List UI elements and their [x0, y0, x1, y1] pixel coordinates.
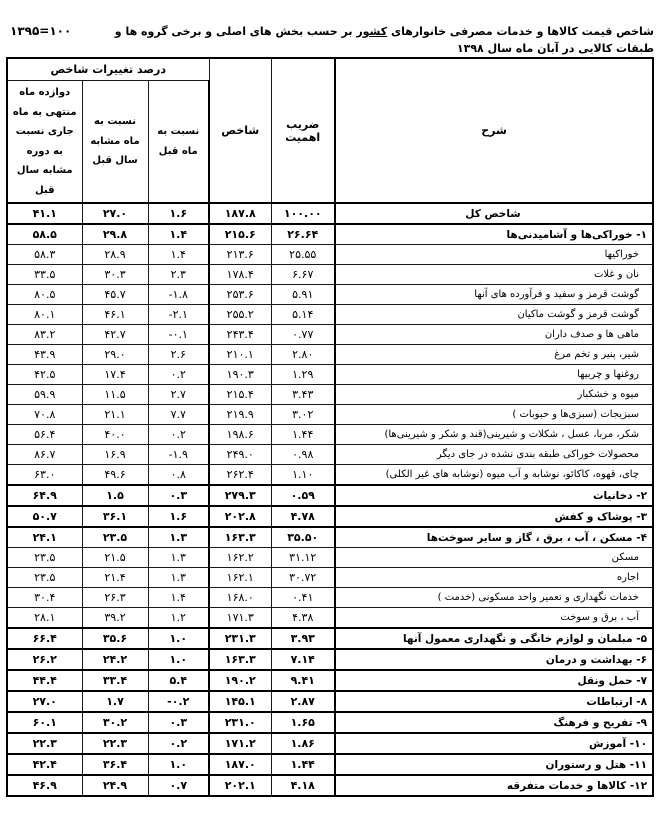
table-row: گوشت قرمز و گوشت ماکیان۵.۱۴۲۵۵.۲-۲.۱۴۶.۱… [7, 305, 653, 325]
row-index-value: ۲۶۲.۴ [209, 465, 271, 486]
row-yoy-value: ۲۸.۹ [82, 245, 148, 265]
row-yoy-value: ۲۴.۹ [82, 775, 148, 796]
row-twelve-value: ۸۰.۱ [7, 305, 82, 325]
row-description: سبزیجات (سبزی‌ها و حبوبات ) [335, 405, 653, 425]
row-weight-value: ۱۰۰.۰۰ [271, 203, 335, 224]
row-weight-value: ۴.۷۸ [271, 506, 335, 527]
row-twelve-value: ۶۴.۹ [7, 485, 82, 506]
row-mom-value: ۰.۳ [148, 712, 209, 733]
table-row: شاخص کل۱۰۰.۰۰۱۸۷.۸۱.۶۲۷.۰۴۱.۱ [7, 203, 653, 224]
row-yoy-value: ۱۶.۹ [82, 445, 148, 465]
row-description: میوه و خشکبار [335, 385, 653, 405]
row-description: ۴- مسکن ، آب ، برق ، گاز و سایر سوخت‌ها [335, 527, 653, 548]
row-yoy-value: ۱.۵ [82, 485, 148, 506]
row-twelve-value: ۵۹.۹ [7, 385, 82, 405]
row-mom-value: ۱.۰ [148, 649, 209, 670]
row-weight-value: ۲.۸۷ [271, 691, 335, 712]
row-mom-value: ۱.۴ [148, 588, 209, 608]
table-row: آب ، برق و سوخت۴.۳۸۱۷۱.۳۱.۲۳۹.۲۲۸.۱ [7, 608, 653, 629]
row-yoy-value: ۴۰.۰ [82, 425, 148, 445]
row-yoy-value: ۱۷.۴ [82, 365, 148, 385]
row-twelve-value: ۴۶.۹ [7, 775, 82, 796]
row-weight-value: ۱.۱۰ [271, 465, 335, 486]
row-mom-value: ۱.۳ [148, 548, 209, 568]
row-twelve-value: ۵۰.۷ [7, 506, 82, 527]
table-row: میوه و خشکبار۳.۴۳۲۱۵.۴۲.۷۱۱.۵۵۹.۹ [7, 385, 653, 405]
row-yoy-value: ۲۷.۰ [82, 203, 148, 224]
column-header-twelve-month: دوازده ماه منتهی به ماه جاری نسبت به دور… [7, 81, 82, 204]
row-mom-value: ۰.۲ [148, 733, 209, 754]
row-mom-value: -۱.۸ [148, 285, 209, 305]
row-weight-value: ۰.۹۸ [271, 445, 335, 465]
row-twelve-value: ۳۰.۴ [7, 588, 82, 608]
row-twelve-value: ۸۳.۲ [7, 325, 82, 345]
row-mom-value: ۲.۳ [148, 265, 209, 285]
row-index-value: ۲۱۹.۹ [209, 405, 271, 425]
row-yoy-value: ۲۳.۵ [82, 527, 148, 548]
row-yoy-value: ۳۵.۶ [82, 628, 148, 649]
row-mom-value: ۲.۶ [148, 345, 209, 365]
table-row: نان و غلات۶.۶۷۱۷۸.۴۲.۳۳۰.۳۳۳.۵ [7, 265, 653, 285]
row-description: ۶- بهداشت و درمان [335, 649, 653, 670]
row-description: ۱- خوراکی‌ها و آشامیدنی‌ها [335, 224, 653, 245]
row-twelve-value: ۸۶.۷ [7, 445, 82, 465]
row-twelve-value: ۶۰.۱ [7, 712, 82, 733]
table-row: ۸- ارتباطات۲.۸۷۱۴۵.۱-۰.۲۱.۷۲۷.۰ [7, 691, 653, 712]
page-title-pre: شاخص قیمت کالاها و خدمات مصرفی خانوارهای [387, 25, 654, 38]
row-yoy-value: ۳۹.۲ [82, 608, 148, 629]
row-index-value: ۱۹۸.۶ [209, 425, 271, 445]
row-index-value: ۲۷۹.۳ [209, 485, 271, 506]
row-mom-value: ۱.۴ [148, 224, 209, 245]
row-mom-value: ۱.۶ [148, 203, 209, 224]
row-mom-value: -۰.۱ [148, 325, 209, 345]
row-weight-value: ۰.۴۱ [271, 588, 335, 608]
row-index-value: ۲۰۲.۱ [209, 775, 271, 796]
row-yoy-value: ۲۲.۳ [82, 733, 148, 754]
row-weight-value: ۹.۴۱ [271, 670, 335, 691]
row-twelve-value: ۵۶.۴ [7, 425, 82, 445]
table-row: ۱۰- آموزش۱.۸۶۱۷۱.۲۰.۲۲۲.۳۲۲.۳ [7, 733, 653, 754]
table-row: ۱۲- کالاها و خدمات متفرقه۴.۱۸۲۰۲.۱۰.۷۲۴.… [7, 775, 653, 796]
row-weight-value: ۱.۸۶ [271, 733, 335, 754]
page-title: شاخص قیمت کالاها و خدمات مصرفی خانوارهای… [79, 24, 654, 57]
row-weight-value: ۳۵.۵۰ [271, 527, 335, 548]
row-index-value: ۱۹۰.۳ [209, 365, 271, 385]
row-yoy-value: ۲۱.۵ [82, 548, 148, 568]
row-weight-value: ۰.۵۹ [271, 485, 335, 506]
row-yoy-value: ۳۶.۴ [82, 754, 148, 775]
row-index-value: ۱۸۷.۸ [209, 203, 271, 224]
row-yoy-value: ۲۱.۴ [82, 568, 148, 588]
table-row: گوشت قرمز و سفید و فرآورده های آنها۵.۹۱۲… [7, 285, 653, 305]
row-description: ماهی ها و صدف داران [335, 325, 653, 345]
row-twelve-value: ۶۶.۴ [7, 628, 82, 649]
row-mom-value: ۱.۲ [148, 608, 209, 629]
row-description: ۳- پوشاک و کفش [335, 506, 653, 527]
row-index-value: ۱۶۳.۳ [209, 527, 271, 548]
table-row: ۱۱- هتل و رستوران۱.۴۴۱۸۷.۰۱.۰۳۶.۴۴۲.۴ [7, 754, 653, 775]
row-index-value: ۲۳۱.۳ [209, 628, 271, 649]
row-twelve-value: ۳۳.۵ [7, 265, 82, 285]
row-twelve-value: ۴۲.۵ [7, 365, 82, 385]
row-weight-value: ۱.۴۴ [271, 754, 335, 775]
row-index-value: ۱۷۱.۲ [209, 733, 271, 754]
row-index-value: ۱۶۳.۳ [209, 649, 271, 670]
column-header-pct-change-group: درصد تغییرات شاخص [7, 58, 209, 81]
row-mom-value: ۷.۷ [148, 405, 209, 425]
cpi-table: شرح ضریب اهمیت شاخص درصد تغییرات شاخص نس… [6, 57, 654, 797]
row-weight-value: ۲۶.۶۴ [271, 224, 335, 245]
column-header-weight: ضریب اهمیت [271, 58, 335, 203]
row-description: ۱۱- هتل و رستوران [335, 754, 653, 775]
row-weight-value: ۶.۶۷ [271, 265, 335, 285]
row-yoy-value: ۳۰.۳ [82, 265, 148, 285]
row-description: محصولات خوراکی طبقه بندی نشده در جای دیگ… [335, 445, 653, 465]
row-index-value: ۱۸۷.۰ [209, 754, 271, 775]
row-mom-value: ۱.۳ [148, 568, 209, 588]
row-description: شاخص کل [335, 203, 653, 224]
base-year-note: ۱۳۹۵=۱۰۰ [8, 24, 71, 38]
row-twelve-value: ۴۴.۴ [7, 670, 82, 691]
row-twelve-value: ۲۸.۱ [7, 608, 82, 629]
row-yoy-value: ۴۶.۱ [82, 305, 148, 325]
row-description: آب ، برق و سوخت [335, 608, 653, 629]
row-mom-value: -۱.۹ [148, 445, 209, 465]
row-yoy-value: ۳۰.۲ [82, 712, 148, 733]
row-mom-value: ۰.۲ [148, 425, 209, 445]
row-weight-value: ۳۰.۷۲ [271, 568, 335, 588]
row-index-value: ۲۱۰.۱ [209, 345, 271, 365]
table-row: ۵- مبلمان و لوازم خانگی و نگهداری معمول … [7, 628, 653, 649]
row-weight-value: ۵.۹۱ [271, 285, 335, 305]
row-weight-value: ۳.۴۳ [271, 385, 335, 405]
table-row: اجاره۳۰.۷۲۱۶۲.۱۱.۳۲۱.۴۲۳.۵ [7, 568, 653, 588]
row-mom-value: -۰.۲ [148, 691, 209, 712]
row-yoy-value: ۲۹.۸ [82, 224, 148, 245]
row-description: خدمات نگهداری و تعمیر واحد مسکونی (خدمت … [335, 588, 653, 608]
table-header: شرح ضریب اهمیت شاخص درصد تغییرات شاخص نس… [7, 58, 653, 203]
table-row: ۳- پوشاک و کفش۴.۷۸۲۰۲.۸۱.۶۳۶.۱۵۰.۷ [7, 506, 653, 527]
row-mom-value: ۰.۷ [148, 775, 209, 796]
row-description: گوشت قرمز و سفید و فرآورده های آنها [335, 285, 653, 305]
row-index-value: ۲۴۹.۰ [209, 445, 271, 465]
row-description: ۵- مبلمان و لوازم خانگی و نگهداری معمول … [335, 628, 653, 649]
row-description: ۱۲- کالاها و خدمات متفرقه [335, 775, 653, 796]
table-row: ۲- دخانیات۰.۵۹۲۷۹.۳۰.۳۱.۵۶۴.۹ [7, 485, 653, 506]
row-index-value: ۱۷۸.۴ [209, 265, 271, 285]
row-index-value: ۱۴۵.۱ [209, 691, 271, 712]
row-twelve-value: ۴۱.۱ [7, 203, 82, 224]
table-row: محصولات خوراکی طبقه بندی نشده در جای دیگ… [7, 445, 653, 465]
column-header-month-over-month: نسبت به ماه قبل [148, 81, 209, 204]
row-index-value: ۲۵۳.۶ [209, 285, 271, 305]
table-row: چای، قهوه، کاکائو، نوشابه و آب میوه (نوش… [7, 465, 653, 486]
row-description: شکر، مربا، عسل ، شکلات و شیرینی(قند و شک… [335, 425, 653, 445]
row-description: نان و غلات [335, 265, 653, 285]
row-description: ۹- تفریح و فرهنگ [335, 712, 653, 733]
row-weight-value: ۴.۳۸ [271, 608, 335, 629]
row-description: اجاره [335, 568, 653, 588]
row-description: ۸- ارتباطات [335, 691, 653, 712]
row-weight-value: ۱.۶۵ [271, 712, 335, 733]
table-row: ۶- بهداشت و درمان۷.۱۴۱۶۳.۳۱.۰۲۴.۲۲۶.۲ [7, 649, 653, 670]
row-weight-value: ۵.۱۴ [271, 305, 335, 325]
row-description: گوشت قرمز و گوشت ماکیان [335, 305, 653, 325]
table-body: شاخص کل۱۰۰.۰۰۱۸۷.۸۱.۶۲۷.۰۴۱.۱۱- خوراکی‌ه… [7, 203, 653, 796]
row-weight-value: ۲۵.۵۵ [271, 245, 335, 265]
row-index-value: ۱۹۰.۲ [209, 670, 271, 691]
table-row: خوراکیها۲۵.۵۵۲۱۳.۶۱.۴۲۸.۹۵۸.۳ [7, 245, 653, 265]
row-yoy-value: ۲۴.۲ [82, 649, 148, 670]
table-row: ۴- مسکن ، آب ، برق ، گاز و سایر سوخت‌ها۳… [7, 527, 653, 548]
row-index-value: ۲۱۳.۶ [209, 245, 271, 265]
row-twelve-value: ۲۷.۰ [7, 691, 82, 712]
row-mom-value: ۱.۶ [148, 506, 209, 527]
row-yoy-value: ۱۱.۵ [82, 385, 148, 405]
table-row: ماهی ها و صدف داران۰.۷۷۲۴۳.۴-۰.۱۴۲.۷۸۳.۲ [7, 325, 653, 345]
row-twelve-value: ۲۶.۲ [7, 649, 82, 670]
row-description: ۱۰- آموزش [335, 733, 653, 754]
row-yoy-value: ۳۳.۴ [82, 670, 148, 691]
table-row: ۱- خوراکی‌ها و آشامیدنی‌ها۲۶.۶۴۲۱۵.۶۱.۴۲… [7, 224, 653, 245]
row-mom-value: ۱.۳ [148, 527, 209, 548]
row-weight-value: ۳۱.۱۲ [271, 548, 335, 568]
row-twelve-value: ۲۳.۵ [7, 568, 82, 588]
table-row: روغنها و چربیها۱.۲۹۱۹۰.۳۰.۲۱۷.۴۴۲.۵ [7, 365, 653, 385]
title-bar: ۱۳۹۵=۱۰۰ شاخص قیمت کالاها و خدمات مصرفی … [8, 24, 654, 57]
row-weight-value: ۱.۴۴ [271, 425, 335, 445]
row-yoy-value: ۴۲.۷ [82, 325, 148, 345]
row-index-value: ۲۱۵.۴ [209, 385, 271, 405]
column-header-description: شرح [335, 58, 653, 203]
table-row: خدمات نگهداری و تعمیر واحد مسکونی (خدمت … [7, 588, 653, 608]
row-yoy-value: ۴۵.۷ [82, 285, 148, 305]
row-index-value: ۱۶۸.۰ [209, 588, 271, 608]
table-row: شیر، پنیر و تخم مرغ۲.۸۰۲۱۰.۱۲.۶۲۹.۰۴۳.۹ [7, 345, 653, 365]
row-index-value: ۱۷۱.۳ [209, 608, 271, 629]
row-twelve-value: ۴۳.۹ [7, 345, 82, 365]
row-weight-value: ۳.۹۳ [271, 628, 335, 649]
row-description: چای، قهوه، کاکائو، نوشابه و آب میوه (نوش… [335, 465, 653, 486]
row-mom-value: ۱.۰ [148, 628, 209, 649]
row-mom-value: -۲.۱ [148, 305, 209, 325]
row-index-value: ۲۱۵.۶ [209, 224, 271, 245]
row-weight-value: ۲.۸۰ [271, 345, 335, 365]
row-twelve-value: ۷۰.۸ [7, 405, 82, 425]
row-index-value: ۲۰۲.۸ [209, 506, 271, 527]
page-title-underlined-word: کشور [356, 25, 387, 38]
row-description: ۷- حمل ونقل [335, 670, 653, 691]
row-index-value: ۲۳۱.۰ [209, 712, 271, 733]
row-index-value: ۱۶۲.۲ [209, 548, 271, 568]
row-twelve-value: ۸۰.۵ [7, 285, 82, 305]
row-description: شیر، پنیر و تخم مرغ [335, 345, 653, 365]
table-row: مسکن۳۱.۱۲۱۶۲.۲۱.۳۲۱.۵۲۳.۵ [7, 548, 653, 568]
table-row: شکر، مربا، عسل ، شکلات و شیرینی(قند و شک… [7, 425, 653, 445]
row-mom-value: ۰.۸ [148, 465, 209, 486]
table-row: ۷- حمل ونقل۹.۴۱۱۹۰.۲۵.۴۳۳.۴۴۴.۴ [7, 670, 653, 691]
row-twelve-value: ۵۸.۳ [7, 245, 82, 265]
row-weight-value: ۱.۲۹ [271, 365, 335, 385]
row-yoy-value: ۳۶.۱ [82, 506, 148, 527]
row-mom-value: ۲.۷ [148, 385, 209, 405]
row-mom-value: ۱.۰ [148, 754, 209, 775]
row-yoy-value: ۲۱.۱ [82, 405, 148, 425]
row-mom-value: ۰.۳ [148, 485, 209, 506]
row-twelve-value: ۲۴.۱ [7, 527, 82, 548]
row-description: مسکن [335, 548, 653, 568]
row-yoy-value: ۱.۷ [82, 691, 148, 712]
row-yoy-value: ۲۶.۳ [82, 588, 148, 608]
row-weight-value: ۷.۱۴ [271, 649, 335, 670]
table-row: سبزیجات (سبزی‌ها و حبوبات )۳.۰۲۲۱۹.۹۷.۷۲… [7, 405, 653, 425]
row-description: خوراکیها [335, 245, 653, 265]
column-header-year-over-year: نسبت به ماه مشابه سال قبل [82, 81, 148, 204]
table-row: ۹- تفریح و فرهنگ۱.۶۵۲۳۱.۰۰.۳۳۰.۲۶۰.۱ [7, 712, 653, 733]
row-description: ۲- دخانیات [335, 485, 653, 506]
row-twelve-value: ۵۸.۵ [7, 224, 82, 245]
row-twelve-value: ۶۳.۰ [7, 465, 82, 486]
row-index-value: ۲۴۳.۴ [209, 325, 271, 345]
column-header-index: شاخص [209, 58, 271, 203]
row-yoy-value: ۲۹.۰ [82, 345, 148, 365]
row-twelve-value: ۴۲.۴ [7, 754, 82, 775]
row-mom-value: ۰.۲ [148, 365, 209, 385]
row-index-value: ۱۶۲.۱ [209, 568, 271, 588]
row-mom-value: ۵.۴ [148, 670, 209, 691]
row-weight-value: ۳.۰۲ [271, 405, 335, 425]
row-weight-value: ۴.۱۸ [271, 775, 335, 796]
row-mom-value: ۱.۴ [148, 245, 209, 265]
row-twelve-value: ۲۲.۳ [7, 733, 82, 754]
row-weight-value: ۰.۷۷ [271, 325, 335, 345]
row-description: روغنها و چربیها [335, 365, 653, 385]
row-twelve-value: ۲۳.۵ [7, 548, 82, 568]
row-yoy-value: ۴۹.۶ [82, 465, 148, 486]
row-index-value: ۲۵۵.۲ [209, 305, 271, 325]
